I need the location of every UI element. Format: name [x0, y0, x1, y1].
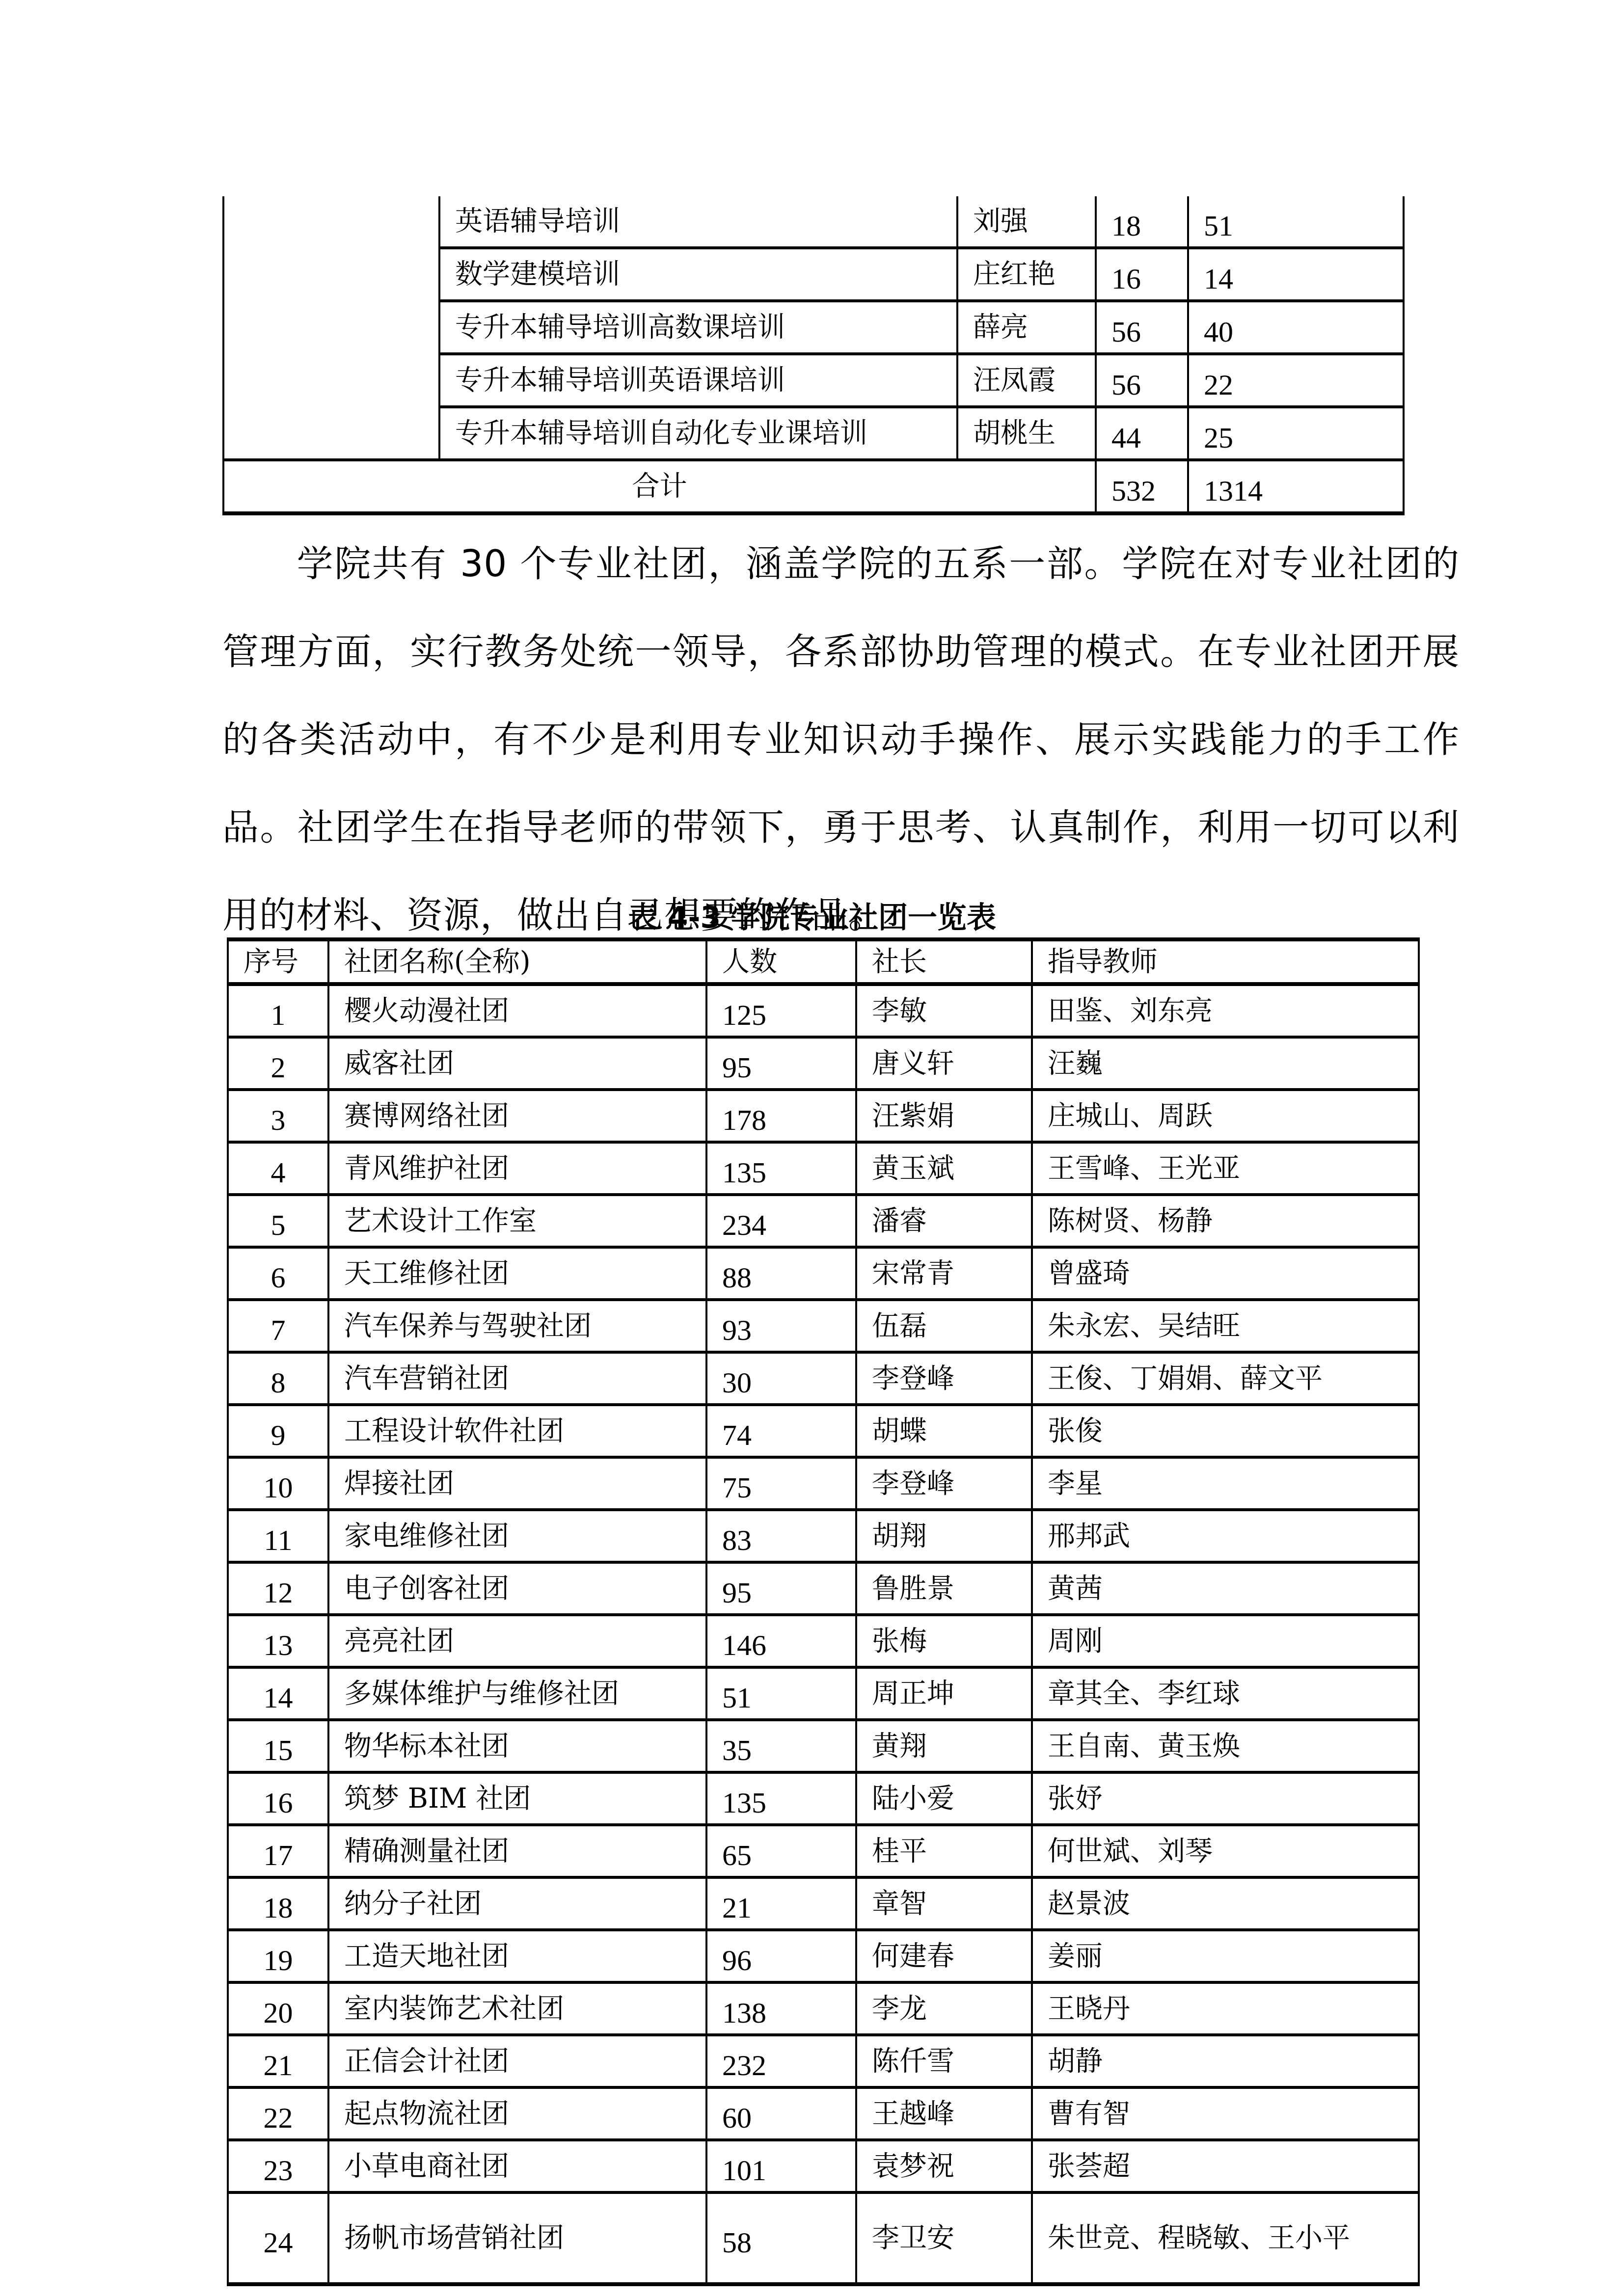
club-name: 青风维护社团	[328, 1142, 706, 1195]
club-row: 1樱火动漫社团125李敏田鉴、刘东亮	[228, 984, 1419, 1037]
club-name: 物华标本社团	[328, 1720, 706, 1772]
club-member-count: 146	[706, 1615, 856, 1667]
club-member-count: 96	[706, 1930, 856, 1982]
club-name: 筑梦 BIM 社团	[328, 1772, 706, 1825]
club-member-count: 35	[706, 1720, 856, 1772]
training-teacher: 薛亮	[957, 301, 1096, 354]
training-summary-table: 英语辅导培训刘强1851数学建模培训庄红艳1614专升本辅导培训高数课培训薛亮5…	[222, 196, 1405, 515]
club-leader: 潘睿	[856, 1195, 1032, 1247]
club-leader: 唐义轩	[856, 1037, 1032, 1090]
club-row: 18纳分子社团21章智赵景波	[228, 1877, 1419, 1930]
club-number: 22	[228, 2087, 328, 2140]
club-member-count: 65	[706, 1825, 856, 1877]
club-row: 15物华标本社团35黄翔王自南、黄玉焕	[228, 1720, 1419, 1772]
club-number: 24	[228, 2192, 328, 2284]
club-advisor: 庄城山、周跃	[1032, 1090, 1419, 1142]
training-value-b: 22	[1188, 354, 1404, 407]
club-advisor: 赵景波	[1032, 1877, 1419, 1930]
club-member-count: 21	[706, 1877, 856, 1930]
club-advisor: 朱世竞、程晓敏、王小平	[1032, 2192, 1419, 2284]
total-row: 合计5321314	[223, 460, 1404, 513]
club-number: 13	[228, 1615, 328, 1667]
club-leader: 黄玉斌	[856, 1142, 1032, 1195]
club-name: 汽车保养与驾驶社团	[328, 1300, 706, 1352]
club-leader: 袁梦祝	[856, 2140, 1032, 2192]
column-header: 序号	[228, 939, 328, 984]
club-number: 14	[228, 1667, 328, 1720]
club-row: 17精确测量社团65桂平何世斌、刘琴	[228, 1825, 1419, 1877]
training-teacher: 刘强	[957, 196, 1096, 248]
club-advisor: 何世斌、刘琴	[1032, 1825, 1419, 1877]
club-name: 家电维修社团	[328, 1510, 706, 1562]
club-advisor: 姜丽	[1032, 1930, 1419, 1982]
club-member-count: 95	[706, 1562, 856, 1615]
club-member-count: 234	[706, 1195, 856, 1247]
training-item: 数学建模培训	[439, 248, 957, 301]
club-member-count: 178	[706, 1090, 856, 1142]
club-advisor: 张俊	[1032, 1405, 1419, 1457]
total-label: 合计	[223, 460, 1096, 513]
club-row: 20室内装饰艺术社团138李龙王晓丹	[228, 1982, 1419, 2035]
training-teacher: 庄红艳	[957, 248, 1096, 301]
club-name: 小草电商社团	[328, 2140, 706, 2192]
club-row: 3赛博网络社团178汪紫娟庄城山、周跃	[228, 1090, 1419, 1142]
club-name: 多媒体维护与维修社团	[328, 1667, 706, 1720]
club-number: 1	[228, 984, 328, 1037]
club-name: 扬帆市场营销社团	[328, 2192, 706, 2284]
club-name: 亮亮社团	[328, 1615, 706, 1667]
club-member-count: 95	[706, 1037, 856, 1090]
club-row: 16筑梦 BIM 社团135陆小爱张妤	[228, 1772, 1419, 1825]
club-number: 10	[228, 1457, 328, 1510]
club-number: 8	[228, 1352, 328, 1405]
club-leader: 伍磊	[856, 1300, 1032, 1352]
training-value-a: 56	[1096, 301, 1188, 354]
training-value-b: 40	[1188, 301, 1404, 354]
club-name: 工造天地社团	[328, 1930, 706, 1982]
club-name: 艺术设计工作室	[328, 1195, 706, 1247]
club-leader: 王越峰	[856, 2087, 1032, 2140]
club-number: 17	[228, 1825, 328, 1877]
club-leader: 李龙	[856, 1982, 1032, 2035]
club-name: 汽车营销社团	[328, 1352, 706, 1405]
training-item: 英语辅导培训	[439, 196, 957, 248]
club-name: 纳分子社团	[328, 1877, 706, 1930]
club-leader: 桂平	[856, 1825, 1032, 1877]
club-row: 14多媒体维护与维修社团51周正坤章其全、李红球	[228, 1667, 1419, 1720]
club-number: 23	[228, 2140, 328, 2192]
club-leader: 李敏	[856, 984, 1032, 1037]
club-advisor: 邢邦武	[1032, 1510, 1419, 1562]
club-member-count: 138	[706, 1982, 856, 2035]
club-name: 赛博网络社团	[328, 1090, 706, 1142]
club-name: 室内装饰艺术社团	[328, 1982, 706, 2035]
club-advisor: 胡静	[1032, 2035, 1419, 2087]
club-advisor: 汪巍	[1032, 1037, 1419, 1090]
club-advisor: 章其全、李红球	[1032, 1667, 1419, 1720]
training-value-a: 18	[1096, 196, 1188, 248]
club-number: 9	[228, 1405, 328, 1457]
club-number: 7	[228, 1300, 328, 1352]
club-leader: 张梅	[856, 1615, 1032, 1667]
club-member-count: 60	[706, 2087, 856, 2140]
club-advisor: 王自南、黄玉焕	[1032, 1720, 1419, 1772]
club-number: 2	[228, 1037, 328, 1090]
club-advisor: 李星	[1032, 1457, 1419, 1510]
club-leader: 黄翔	[856, 1720, 1032, 1772]
club-number: 6	[228, 1247, 328, 1300]
club-row: 12电子创客社团95鲁胜景黄茜	[228, 1562, 1419, 1615]
training-item: 专升本辅导培训英语课培训	[439, 354, 957, 407]
club-row: 2威客社团95唐义轩汪巍	[228, 1037, 1419, 1090]
club-advisor: 田鉴、刘东亮	[1032, 984, 1419, 1037]
club-row: 8汽车营销社团30李登峰王俊、丁娟娟、薛文平	[228, 1352, 1419, 1405]
club-leader: 章智	[856, 1877, 1032, 1930]
club-member-count: 232	[706, 2035, 856, 2087]
club-member-count: 30	[706, 1352, 856, 1405]
club-name: 精确测量社团	[328, 1825, 706, 1877]
club-row: 23小草电商社团101袁梦祝张荟超	[228, 2140, 1419, 2192]
club-leader: 胡翔	[856, 1510, 1032, 1562]
club-row: 7汽车保养与驾驶社团93伍磊朱永宏、吴结旺	[228, 1300, 1419, 1352]
club-name: 电子创客社团	[328, 1562, 706, 1615]
category-cell	[223, 196, 439, 460]
club-member-count: 125	[706, 984, 856, 1037]
club-advisor: 周刚	[1032, 1615, 1419, 1667]
training-value-a: 16	[1096, 248, 1188, 301]
club-name: 威客社团	[328, 1037, 706, 1090]
club-row: 6天工维修社团88宋常青曾盛琦	[228, 1247, 1419, 1300]
clubs-table: 序号社团名称(全称)人数社长指导教师 1樱火动漫社团125李敏田鉴、刘东亮2威客…	[227, 937, 1420, 2286]
club-advisor: 张妤	[1032, 1772, 1419, 1825]
club-name: 工程设计软件社团	[328, 1405, 706, 1457]
club-leader: 汪紫娟	[856, 1090, 1032, 1142]
column-header: 社团名称(全称)	[328, 939, 706, 984]
column-header: 指导教师	[1032, 939, 1419, 984]
club-row: 10焊接社团75李登峰李星	[228, 1457, 1419, 1510]
club-number: 18	[228, 1877, 328, 1930]
club-advisor: 张荟超	[1032, 2140, 1419, 2192]
club-advisor: 曾盛琦	[1032, 1247, 1419, 1300]
club-number: 12	[228, 1562, 328, 1615]
club-name: 樱火动漫社团	[328, 984, 706, 1037]
club-member-count: 93	[706, 1300, 856, 1352]
club-number: 15	[228, 1720, 328, 1772]
club-member-count: 88	[706, 1247, 856, 1300]
club-row: 13亮亮社团146张梅周刚	[228, 1615, 1419, 1667]
club-member-count: 74	[706, 1405, 856, 1457]
club-row: 5艺术设计工作室234潘睿陈树贤、杨静	[228, 1195, 1419, 1247]
club-member-count: 101	[706, 2140, 856, 2192]
club-advisor: 黄茜	[1032, 1562, 1419, 1615]
club-leader: 李登峰	[856, 1457, 1032, 1510]
club-leader: 胡蝶	[856, 1405, 1032, 1457]
club-advisor: 王俊、丁娟娟、薛文平	[1032, 1352, 1419, 1405]
club-number: 3	[228, 1090, 328, 1142]
club-advisor: 朱永宏、吴结旺	[1032, 1300, 1419, 1352]
club-name: 焊接社团	[328, 1457, 706, 1510]
training-row: 英语辅导培训刘强1851	[223, 196, 1404, 248]
club-number: 19	[228, 1930, 328, 1982]
club-advisor: 陈树贤、杨静	[1032, 1195, 1419, 1247]
total-value-a: 532	[1096, 460, 1188, 513]
club-name: 天工维修社团	[328, 1247, 706, 1300]
training-item: 专升本辅导培训高数课培训	[439, 301, 957, 354]
club-number: 16	[228, 1772, 328, 1825]
club-leader: 何建春	[856, 1930, 1032, 1982]
club-row: 24扬帆市场营销社团58李卫安朱世竞、程晓敏、王小平	[228, 2192, 1419, 2284]
club-leader: 李登峰	[856, 1352, 1032, 1405]
club-row: 19工造天地社团96何建春姜丽	[228, 1930, 1419, 1982]
column-header: 人数	[706, 939, 856, 984]
club-member-count: 135	[706, 1142, 856, 1195]
training-value-a: 56	[1096, 354, 1188, 407]
club-advisor: 曹有智	[1032, 2087, 1419, 2140]
club-row: 21正信会计社团232陈仟雪胡静	[228, 2035, 1419, 2087]
club-number: 11	[228, 1510, 328, 1562]
training-value-b: 51	[1188, 196, 1404, 248]
header-row: 序号社团名称(全称)人数社长指导教师	[228, 939, 1419, 984]
club-leader: 鲁胜景	[856, 1562, 1032, 1615]
club-leader: 宋常青	[856, 1247, 1032, 1300]
club-number: 5	[228, 1195, 328, 1247]
paragraph-text: 学院共有 30 个专业社团，涵盖学院的五系一部。学院在对专业社团的管理方面，实行…	[222, 543, 1460, 936]
club-number: 4	[228, 1142, 328, 1195]
table-caption: 表 4-3 学院专业社团一览表	[0, 893, 1624, 942]
training-value-b: 25	[1188, 407, 1404, 460]
club-member-count: 51	[706, 1667, 856, 1720]
club-advisor: 王雪峰、王光亚	[1032, 1142, 1419, 1195]
club-leader: 陈仟雪	[856, 2035, 1032, 2087]
club-member-count: 58	[706, 2192, 856, 2284]
club-row: 4青风维护社团135黄玉斌王雪峰、王光亚	[228, 1142, 1419, 1195]
club-row: 9工程设计软件社团74胡蝶张俊	[228, 1405, 1419, 1457]
club-number: 20	[228, 1982, 328, 2035]
training-item: 专升本辅导培训自动化专业课培训	[439, 407, 957, 460]
club-leader: 周正坤	[856, 1667, 1032, 1720]
training-teacher: 汪凤霞	[957, 354, 1096, 407]
club-leader: 陆小爱	[856, 1772, 1032, 1825]
training-value-a: 44	[1096, 407, 1188, 460]
training-teacher: 胡桃生	[957, 407, 1096, 460]
total-value-b: 1314	[1188, 460, 1404, 513]
club-row: 11家电维修社团83胡翔邢邦武	[228, 1510, 1419, 1562]
club-name: 起点物流社团	[328, 2087, 706, 2140]
club-advisor: 王晓丹	[1032, 1982, 1419, 2035]
club-name: 正信会计社团	[328, 2035, 706, 2087]
club-number: 21	[228, 2035, 328, 2087]
club-member-count: 135	[706, 1772, 856, 1825]
club-row: 22起点物流社团60王越峰曹有智	[228, 2087, 1419, 2140]
club-member-count: 75	[706, 1457, 856, 1510]
column-header: 社长	[856, 939, 1032, 984]
club-leader: 李卫安	[856, 2192, 1032, 2284]
club-member-count: 83	[706, 1510, 856, 1562]
training-value-b: 14	[1188, 248, 1404, 301]
